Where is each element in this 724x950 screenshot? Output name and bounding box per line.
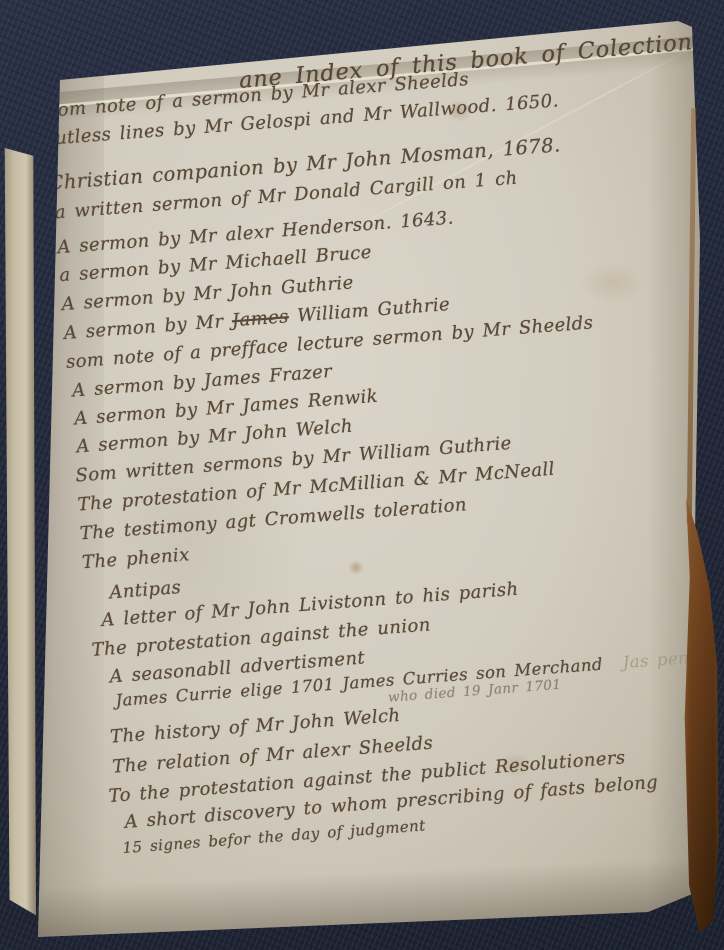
- struck-out-name: James: [231, 306, 289, 331]
- leather-binding-edge: [684, 498, 720, 938]
- entry-text: William Guthrie: [288, 294, 451, 327]
- index-entry: Antipas: [109, 577, 182, 603]
- manuscript-page: This Colection belongs to James Chr… men…: [0, 0, 724, 950]
- entry-text: A sermon by Mr: [63, 310, 233, 344]
- index-entry: The phenix: [81, 544, 190, 573]
- index-entries: som note of a sermon by Mr alexr Sheelds…: [42, 46, 724, 914]
- photograph-of-manuscript: This Colection belongs to James Chr… men…: [0, 0, 724, 950]
- adjacent-page-edge: [2, 148, 36, 923]
